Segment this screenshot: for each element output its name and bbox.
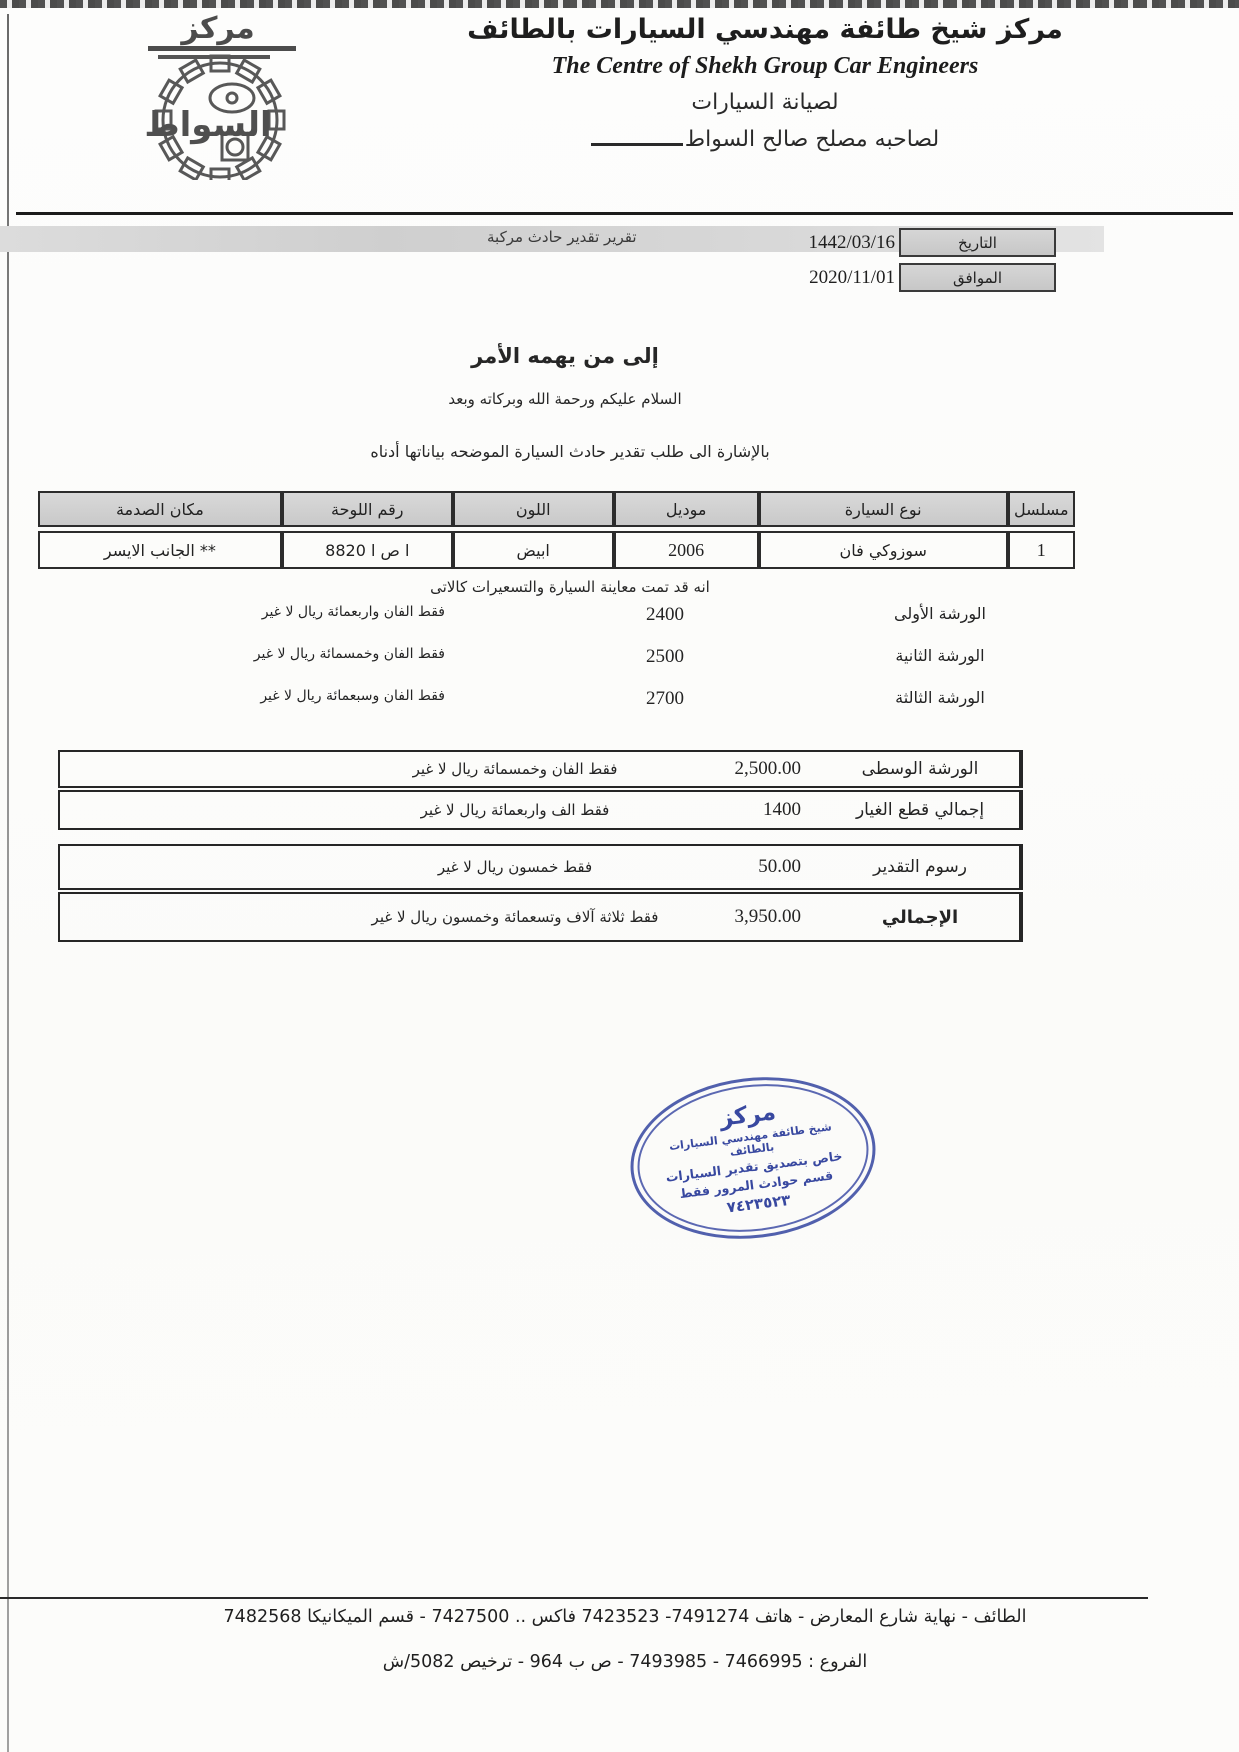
stamp-content: مركز شيخ طائفة مهندسي السيارات بالطائف خ… [629, 1071, 877, 1244]
workshop-3-amount-text: فقط الفان وسبعمائة ريال لا غير [200, 688, 445, 704]
workshop-3-amount: 2700 [615, 688, 715, 710]
vehicle-table: مسلسل نوع السيارة موديل اللون رقم اللوحة… [38, 487, 1075, 573]
logo-name-text: السواط [144, 105, 271, 145]
scan-edge-artifact [0, 0, 1239, 8]
summary-total-amount-text: فقط ثلاثة آلاف وتسعمائة وخمسون ريال لا غ… [360, 908, 670, 926]
col-model: موديل [614, 491, 759, 527]
reference-line: بالإشارة الى طلب تقدير حادث السيارة المو… [280, 442, 860, 461]
summary-amount-text: فقط الفان وخمسمائة ريال لا غير [360, 760, 670, 778]
gear-logo-icon: مركز [100, 8, 340, 180]
header-divider [16, 212, 1233, 215]
workshop-1-amount: 2400 [615, 604, 715, 626]
summary-row-middle-workshop: الورشة الوسطى 2,500.00 فقط الفان وخمسمائ… [58, 750, 1023, 788]
summary-amount: 2,500.00 [671, 758, 801, 780]
vehicle-table-header-row: مسلسل نوع السيارة موديل اللون رقم اللوحة… [38, 491, 1075, 527]
owner-line: لصاحبه مصلح صالح السواط [420, 127, 1110, 152]
report-title: تقرير تقدير حادث مركبة [487, 228, 637, 246]
summary-row-spare-parts: إجمالي قطع الغيار 1400 فقط الف واربعمائة… [58, 790, 1023, 830]
scanned-report-page: مركز [0, 0, 1239, 1752]
owner-line-text: لصاحبه مصلح صالح السواط [685, 127, 939, 152]
gregorian-date-value: 2020/11/01 [765, 267, 895, 289]
cell-model: 2006 [614, 531, 759, 569]
summary-row-estimation-fee: رسوم التقدير 50.00 فقط خمسون ريال لا غير [58, 844, 1023, 890]
to-whom-heading: إلى من يهمه الأمر [380, 344, 750, 368]
company-title-english: The Centre of Shekh Group Car Engineers [420, 53, 1110, 80]
summary-amount-text: فقط الف واربعمائة ريال لا غير [360, 801, 670, 819]
summary-total-amount: 3,950.00 [671, 906, 801, 928]
letterhead: مركز شيخ طائفة مهندسي السيارات بالطائف T… [420, 14, 1110, 152]
workshop-2-amount-text: فقط الفان وخمسمائة ريال لا غير [200, 646, 445, 662]
workshop-1-label: الورشة الأولى [880, 604, 1000, 623]
inspection-note: انه قد تمت معاينة السيارة والتسعيرات كال… [330, 578, 810, 596]
vehicle-table-row: 1 سوزوكي فان 2006 ابيض ا ص ا 8820 ** الج… [38, 531, 1075, 569]
summary-amount-text: فقط خمسون ريال لا غير [360, 858, 670, 876]
summary-amount: 50.00 [671, 856, 801, 878]
workshop-3-label: الورشة الثالثة [880, 688, 1000, 707]
footer-address-line: الطائف - نهاية شارع المعارض - هاتف 74912… [120, 1607, 1130, 1627]
summary-label: الورشة الوسطى [821, 752, 1021, 786]
hijri-date-value: 1442/03/16 [765, 232, 895, 254]
footer-branches-line: الفروع : 7466995 - 7493985 - ص ب 964 - ت… [230, 1652, 1020, 1672]
workshop-2-label: الورشة الثانية [880, 646, 1000, 665]
stamp-number: ٧٤٢٣٥٢٣ [726, 1190, 792, 1216]
summary-row-total: الإجمالي 3,950.00 فقط ثلاثة آلاف وتسعمائ… [58, 892, 1023, 942]
cell-serial: 1 [1008, 531, 1075, 569]
summary-label: إجمالي قطع الغيار [821, 792, 1021, 828]
col-car-type: نوع السيارة [759, 491, 1008, 527]
workshop-1-amount-text: فقط الفان واربعمائة ريال لا غير [200, 604, 445, 620]
workshop-2-amount: 2500 [615, 646, 715, 668]
col-plate: رقم اللوحة [282, 491, 453, 527]
summary-label: رسوم التقدير [821, 846, 1021, 888]
scan-edge-line [7, 14, 9, 1752]
owner-underline [591, 134, 683, 146]
col-color: اللون [453, 491, 614, 527]
summary-total-label: الإجمالي [821, 894, 1021, 940]
summary-amount: 1400 [671, 799, 801, 821]
gregorian-date-label-box: الموافق [899, 263, 1056, 292]
cell-car-type: سوزوكي فان [759, 531, 1008, 569]
company-title-arabic: مركز شيخ طائفة مهندسي السيارات بالطائف [420, 14, 1110, 45]
hijri-date-label-box: التاريخ [899, 228, 1056, 257]
official-stamp: مركز شيخ طائفة مهندسي السيارات بالطائف خ… [621, 1064, 885, 1253]
footer-divider [0, 1597, 1148, 1599]
cell-color: ابيض [453, 531, 614, 569]
col-serial: مسلسل [1008, 491, 1075, 527]
greeting-line: السلام عليكم ورحمة الله وبركاته وبعد [330, 390, 800, 408]
col-damage-location: مكان الصدمة [38, 491, 282, 527]
cell-plate: ا ص ا 8820 [282, 531, 453, 569]
company-subtitle: لصيانة السيارات [420, 90, 1110, 115]
logo-top-text: مركز [179, 11, 254, 46]
company-logo: مركز [100, 8, 340, 180]
cell-damage-location: ** الجانب الايسر [38, 531, 282, 569]
